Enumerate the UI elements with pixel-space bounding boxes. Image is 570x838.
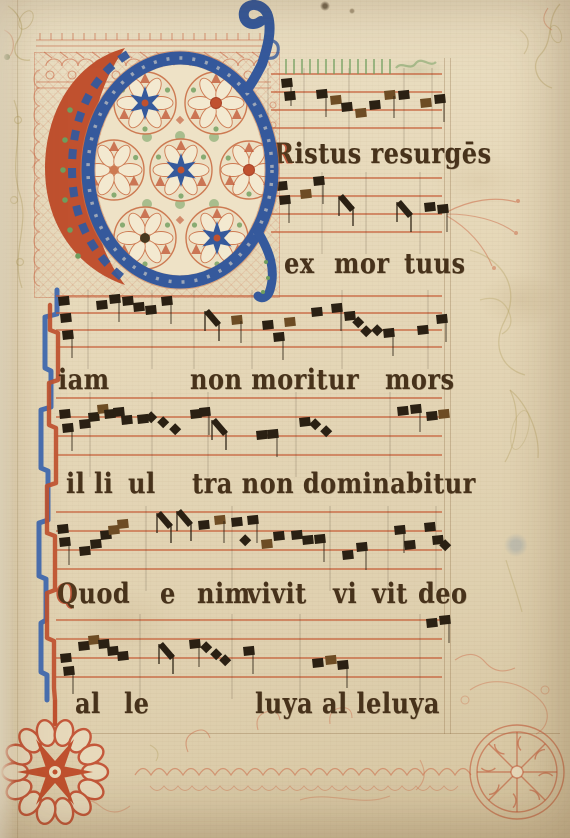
gutter-crease-line (17, 0, 18, 838)
scroll-band-wave (135, 769, 471, 776)
bottom-ornament-layer (0, 0, 570, 838)
manuscript-leaf: Ristus resurgēsexmortuusiamnon moriturmo… (0, 0, 570, 838)
wheel-rosette-outline (470, 725, 564, 819)
